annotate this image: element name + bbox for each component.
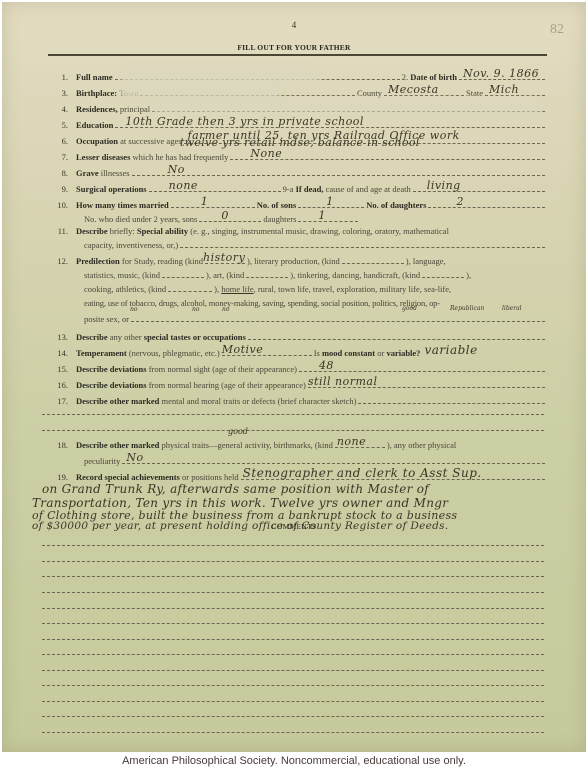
field-marriages-children: 10. How many times married 1 No. of sons…: [48, 196, 547, 210]
field-peculiarity: peculiarity No: [84, 452, 547, 466]
questionnaire-page: 4 82 FILL OUT FOR YOUR FATHER 1. Full na…: [2, 2, 586, 752]
page-number: 4: [2, 20, 586, 30]
birthmarks-value: none: [335, 440, 385, 448]
field-hearing-deviations: 16. Describe deviations from normal hear…: [48, 376, 547, 390]
field-special-ability-line2: capacity, inventiveness, or,): [84, 236, 547, 250]
archive-stamp-number: 82: [550, 22, 564, 38]
comment-line: [42, 716, 544, 717]
achievements-value-line3: Transportation, Ten yrs in this work. Tw…: [32, 496, 448, 510]
achievements-value-line1: Stenographer and clerk to Asst Sup.: [241, 472, 545, 480]
field-special-ability: 11. Describe briefly: Special ability (e…: [48, 222, 547, 236]
field-temperament: 14. Temperament (nervous, phlegmatic, et…: [48, 344, 547, 358]
reading-kind-value: history: [205, 256, 245, 264]
copyright-footer: American Philosophical Society. Noncomme…: [0, 755, 588, 767]
died-sons-value: 0: [199, 214, 261, 222]
comment-line: [42, 670, 544, 671]
field-predilection-line2: statistics, music, (kind ), art, (kind )…: [84, 266, 547, 280]
blank-line: [42, 414, 544, 415]
achievements-value-line2: on Grand Trunk Ry, afterwards same posit…: [42, 482, 429, 496]
general-activity-value: good: [228, 427, 248, 436]
redaction-blur: [120, 84, 280, 98]
comments-heading: COMMENTS: [2, 522, 586, 531]
blank-line: [42, 430, 544, 431]
comment-line: [42, 561, 544, 562]
field-physical-traits: 18. Describe other marked physical trait…: [48, 436, 547, 450]
died-daughters-value: 1: [298, 214, 358, 222]
field-predilection: 12. Predilection for Study, reading (kin…: [48, 252, 547, 266]
field-education: 5. Education 10th Grade then 3 yrs in pr…: [48, 116, 547, 130]
redaction-blur: [152, 99, 542, 113]
form-title: FILL OUT FOR YOUR FATHER: [2, 43, 586, 52]
comment-line: [42, 545, 544, 546]
field-lesser-diseases: 7. Lesser diseases which he has had freq…: [48, 148, 547, 162]
state-value: Mich: [485, 88, 545, 96]
field-achievements: 19. Record special achievements or posit…: [48, 468, 547, 482]
comment-line: [42, 623, 544, 624]
education-value: 10th Grade then 3 yrs in private school: [115, 120, 545, 128]
hearing-value: still normal: [308, 380, 545, 388]
times-married-value: 1: [171, 200, 255, 208]
field-predilection-line3: cooking, athletics, (kind ), home life ,…: [84, 280, 547, 294]
comment-line: [42, 701, 544, 702]
comment-line: [42, 732, 544, 733]
grave-illnesses-value: No: [132, 168, 545, 176]
comment-line: [42, 639, 544, 640]
mood-value: variable: [422, 348, 545, 356]
comment-line: [42, 685, 544, 686]
field-grave-illnesses: 8. Grave illnesses No: [48, 164, 547, 178]
surgical-operations-value: none: [149, 184, 281, 192]
comment-line: [42, 608, 544, 609]
date-of-birth-value: Nov. 9. 1866: [459, 72, 545, 80]
comment-line: [42, 654, 544, 655]
field-predilection-line5: posite sex, or: [84, 310, 547, 324]
redaction-blur: [120, 68, 320, 83]
comment-line: [42, 592, 544, 593]
lesser-diseases-value: None: [230, 152, 545, 160]
field-surgical-operations: 9. Surgical operations none 9-a If dead,…: [48, 180, 547, 194]
field-sight-deviations: 15. Describe deviations from normal sigh…: [48, 360, 547, 374]
temperament-value: Motive: [222, 348, 312, 356]
sons-value: 1: [298, 200, 364, 208]
title-rule: [48, 54, 547, 56]
cause-of-death-value: living: [413, 184, 545, 192]
daughters-value: 2: [428, 200, 545, 208]
field-mental-traits: 17. Describe other marked mental and mor…: [48, 392, 547, 406]
comment-line: [42, 576, 544, 577]
peculiarity-value: No: [122, 456, 545, 464]
sight-value: 48: [299, 364, 545, 372]
county-value: Mecosta: [384, 88, 464, 96]
field-special-tastes: 13. Describe any other special tastes or…: [48, 328, 547, 342]
